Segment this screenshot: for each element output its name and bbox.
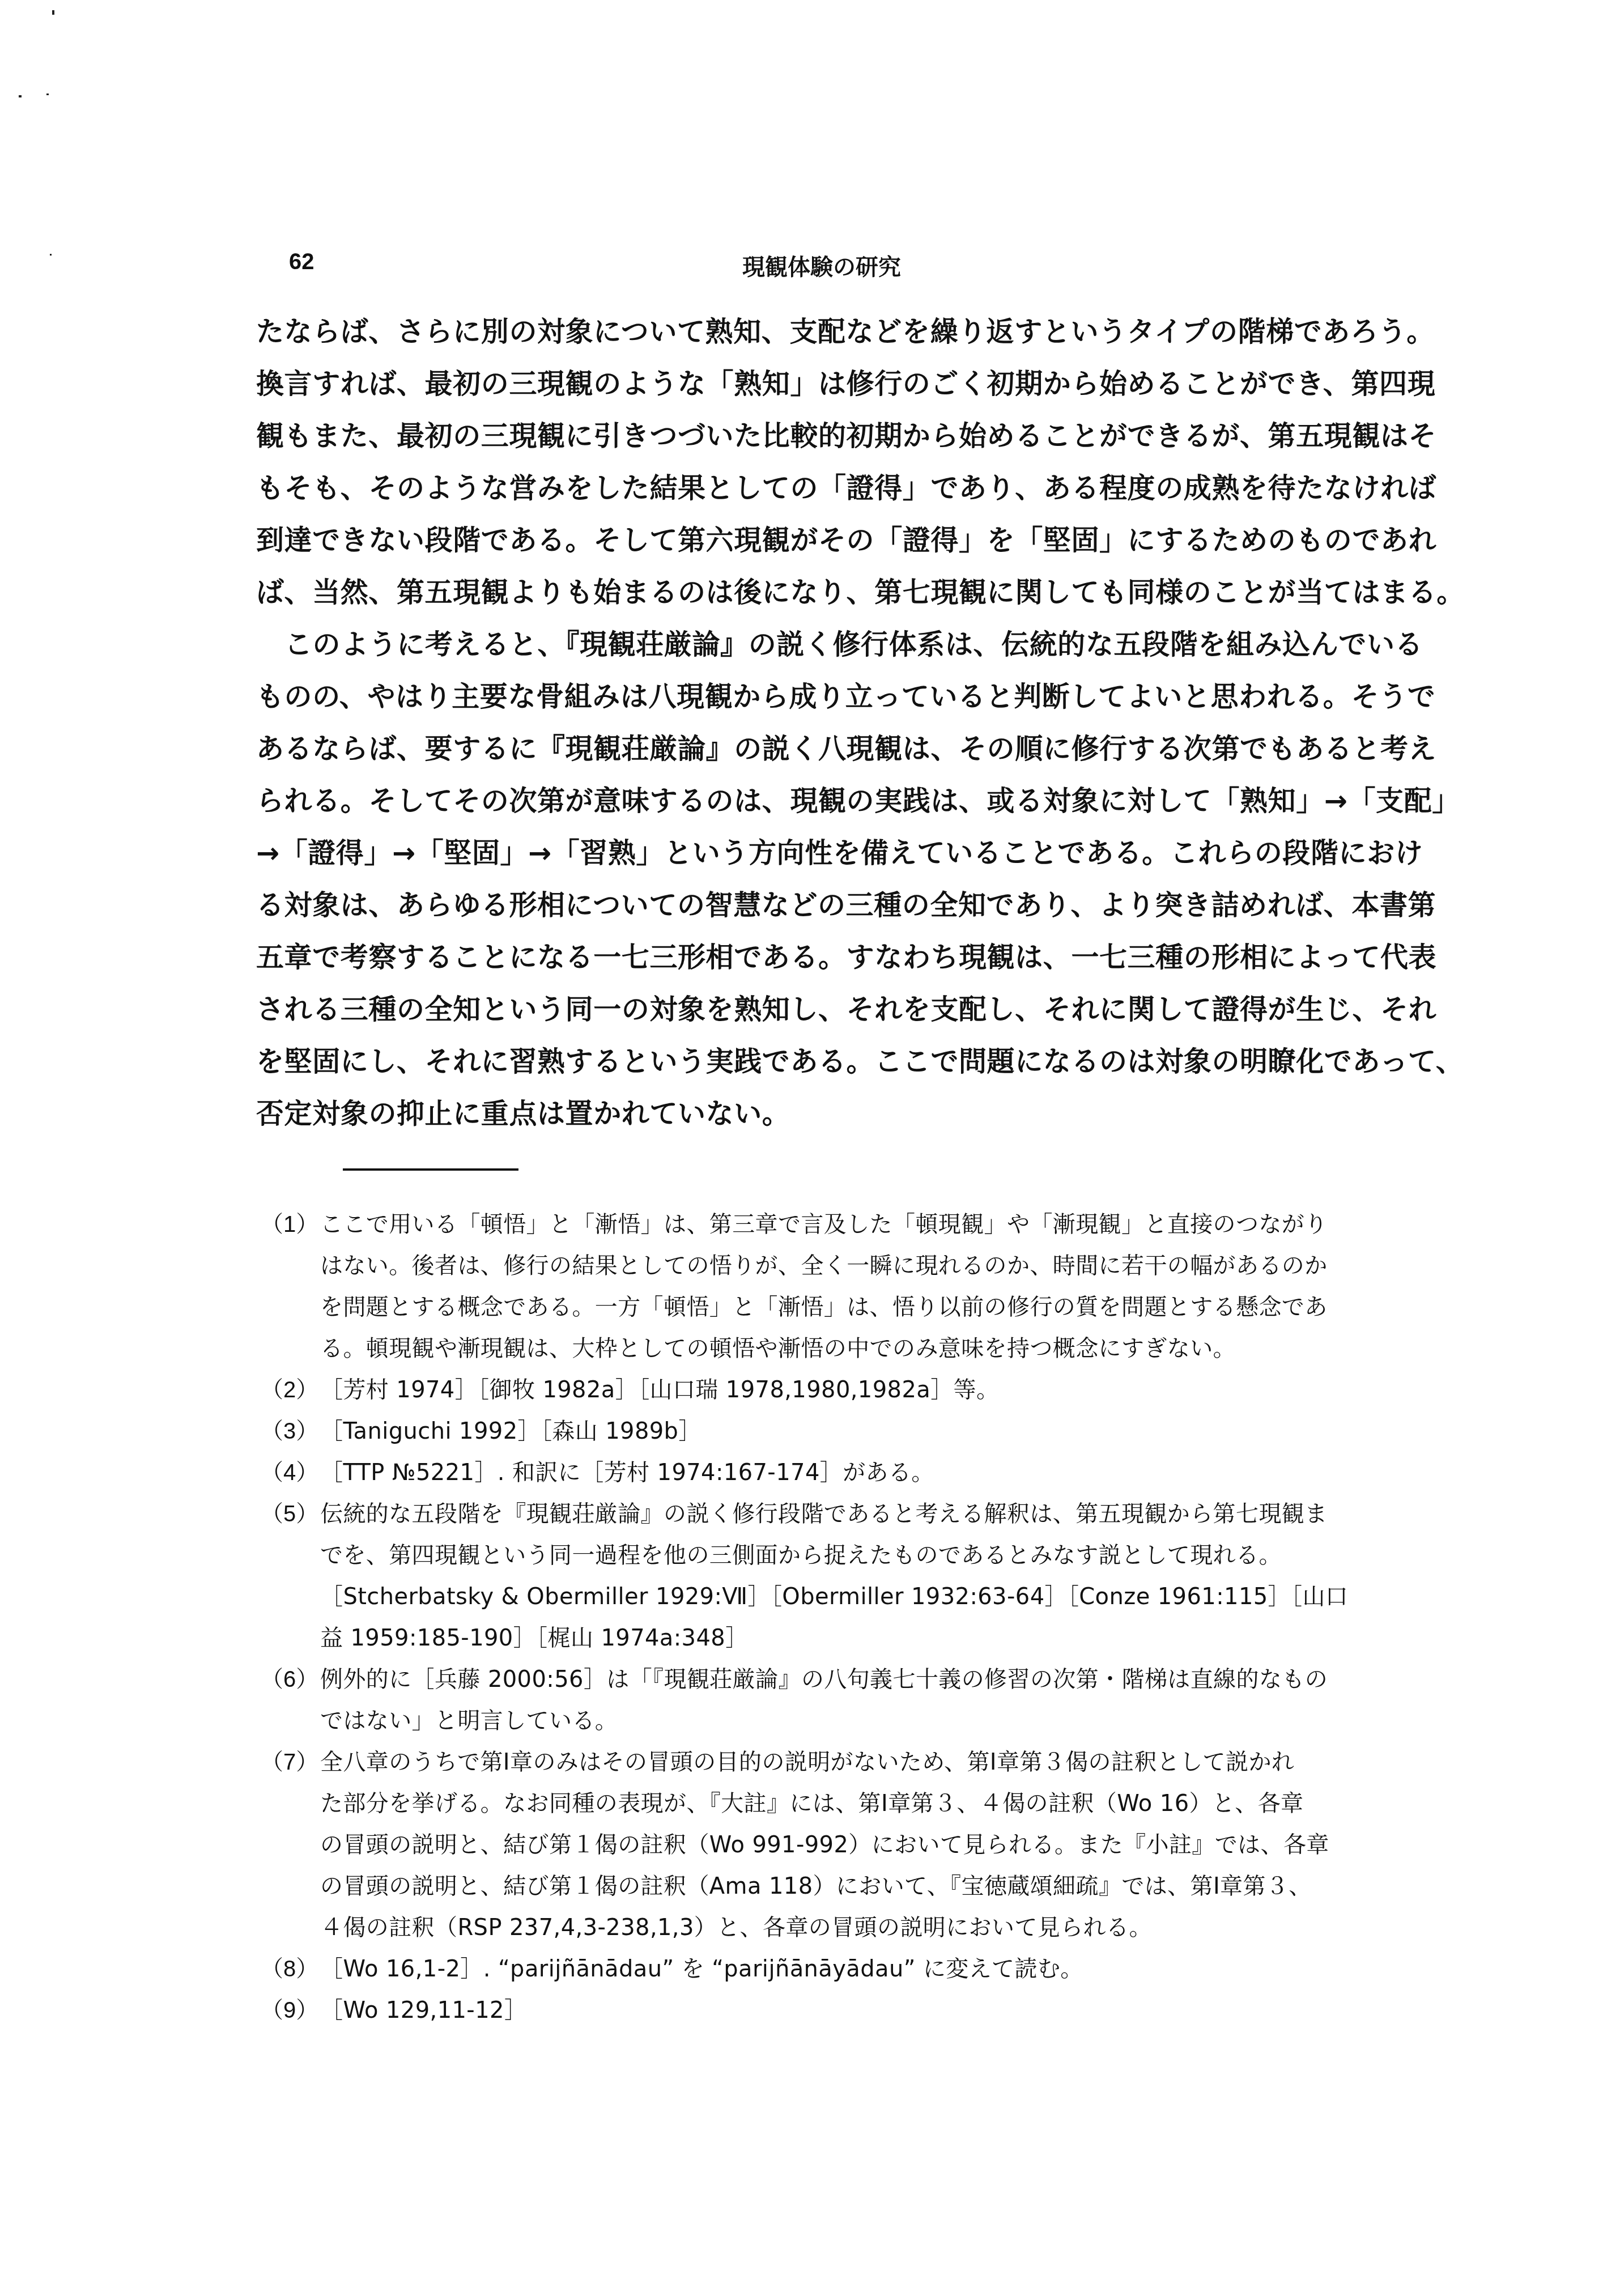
body-line: ものの、やはり主要な骨組みは八現観から成り立っていると判断してよいと思われる。そ… bbox=[256, 671, 1387, 723]
body-line: もそも、そのような営みをした結果としての「證得」であり、ある程度の成熟を待たなけ… bbox=[256, 462, 1387, 515]
body-line: 到達できない段階である。そして第六現観がその「證得」を「堅固」にするためのもので… bbox=[256, 515, 1387, 567]
body-line: →「證得」→「堅固」→「習熟」という方向性を備えていることである。これらの段階に… bbox=[256, 827, 1387, 879]
body-text: たならば、さらに別の対象について熟知、支配などを繰り返すというタイプの階梯であろ… bbox=[256, 306, 1387, 1140]
footnote-line: ここで用いる「頓悟」と「漸悟」は、第三章で言及した「頓現観」や「漸現観」と直接の… bbox=[320, 1204, 1394, 1245]
footnote-line: はない。後者は、修行の結果としての悟りが、全く一瞬に現れるのか、時間に若干の幅が… bbox=[320, 1245, 1394, 1287]
footnote-line: た部分を挙げる。なお同種の表現が、『大註』には、第Ⅰ章第３、４偈の註釈（Wo 1… bbox=[320, 1783, 1394, 1825]
running-title: 現観体験の研究 bbox=[258, 249, 1385, 282]
footnote-number: （9） bbox=[261, 1990, 320, 2031]
scan-speck bbox=[19, 95, 22, 97]
body-line: たならば、さらに別の対象について熟知、支配などを繰り返すというタイプの階梯であろ… bbox=[256, 306, 1387, 358]
scan-speck bbox=[46, 93, 49, 95]
body-line: を堅固にし、それに習熟するという実践である。ここで問題になるのは対象の明瞭化であ… bbox=[256, 1036, 1387, 1088]
footnote-9: （9） ［Wo 129,11-12］ bbox=[261, 1990, 1394, 2031]
footnote-number: （1） bbox=[261, 1204, 320, 1245]
footnote-line: を問題とする概念である。一方「頓悟」と「漸悟」は、悟り以前の修行の質を問題とする… bbox=[320, 1287, 1394, 1328]
footnote-line: 伝統的な五段階を『現観荘厳論』の説く修行段階であると考える解釈は、第五現観から第… bbox=[320, 1494, 1394, 1535]
footnote-line: ではない」と明言している。 bbox=[320, 1700, 1394, 1742]
footnote-number: （5） bbox=[261, 1494, 320, 1535]
footnote-line: でを、第四現観という同一過程を他の三側面から捉えたものであるとみなす説として現れ… bbox=[320, 1535, 1394, 1576]
footnote-line: ［Wo 129,11-12］ bbox=[320, 1990, 1394, 2031]
page-header: 62 現観体験の研究 bbox=[258, 249, 1385, 283]
footnote-line: ［Stcherbatsky & Obermiller 1929:Ⅶ］［Oberm… bbox=[320, 1576, 1394, 1618]
footnote-separator bbox=[343, 1168, 518, 1171]
footnote-3: （3） ［Taniguchi 1992］［森山 1989b］ bbox=[261, 1411, 1394, 1452]
body-line: る対象は、あらゆる形相についての智慧などの三種の全知であり、より突き詰めれば、本… bbox=[256, 879, 1387, 932]
body-line: 五章で考察することになる一七三形相である。すなわち現観は、一七三種の形相によって… bbox=[256, 932, 1387, 984]
footnote-line: ［Taniguchi 1992］［森山 1989b］ bbox=[320, 1411, 1394, 1452]
body-line: あるならば、要するに『現観荘厳論』の説く八現観は、その順に修行する次第でもあると… bbox=[256, 723, 1387, 775]
footnote-line: ［芳村 1974］［御牧 1982a］［山口瑞 1978,1980,1982a］… bbox=[320, 1370, 1394, 1411]
body-line: 観もまた、最初の三現観に引きつづいた比較的初期から始めることができるが、第五現観… bbox=[256, 410, 1387, 462]
paragraph-start-line: このように考えると、『現観荘厳論』の説く修行体系は、伝統的な五段階を組み込んでい… bbox=[256, 619, 1387, 671]
body-line: 否定対象の抑止に重点は置かれていない。 bbox=[256, 1088, 1387, 1140]
footnote-number: （7） bbox=[261, 1742, 320, 1783]
scan-speck bbox=[50, 254, 52, 256]
footnote-line: の冒頭の説明と、結び第１偈の註釈（Ama 118）において、『宝徳蔵頌細疏』では… bbox=[320, 1866, 1394, 1907]
body-line: 換言すれば、最初の三現観のような「熟知」は修行のごく初期から始めることができ、第… bbox=[256, 358, 1387, 410]
scan-speck bbox=[52, 10, 54, 15]
footnote-line: ４偈の註釈（RSP 237,4,3-238,1,3）と、各章の冒頭の説明において… bbox=[320, 1907, 1394, 1949]
body-line: される三種の全知という同一の対象を熟知し、それを支配し、それに関して證得が生じ、… bbox=[256, 984, 1387, 1036]
document-page: 62 現観体験の研究 たならば、さらに別の対象について熟知、支配などを繰り返すと… bbox=[0, 0, 1624, 2296]
footnote-1: （1） ここで用いる「頓悟」と「漸悟」は、第三章で言及した「頓現観」や「漸現観」… bbox=[261, 1204, 1394, 1370]
footnote-line: の冒頭の説明と、結び第１偈の註釈（Wo 991-992）において見られる。また『… bbox=[320, 1825, 1394, 1866]
footnote-8: （8） ［Wo 16,1-2］. “parijñānādau” を “parij… bbox=[261, 1949, 1394, 1990]
footnote-number: （6） bbox=[261, 1659, 320, 1700]
footnote-4: （4） ［TTP №5221］. 和訳に［芳村 1974:167-174］がある… bbox=[261, 1452, 1394, 1494]
footnote-5: （5） 伝統的な五段階を『現観荘厳論』の説く修行段階であると考える解釈は、第五現… bbox=[261, 1494, 1394, 1659]
footnote-number: （8） bbox=[261, 1949, 320, 1990]
footnote-line: 全八章のうちで第Ⅰ章のみはその冒頭の目的の説明がないため、第Ⅰ章第３偈の註釈とし… bbox=[320, 1742, 1394, 1783]
footnote-number: （2） bbox=[261, 1370, 320, 1411]
footnote-6: （6） 例外的に［兵藤 2000:56］は「『現観荘厳論』の八句義七十義の修習の… bbox=[261, 1659, 1394, 1742]
body-line: ば、当然、第五現観よりも始まるのは後になり、第七現観に関しても同様のことが当ては… bbox=[256, 567, 1387, 619]
body-line: られる。そしてその次第が意味するのは、現観の実践は、或る対象に対して「熟知」→「… bbox=[256, 775, 1387, 827]
footnote-7: （7） 全八章のうちで第Ⅰ章のみはその冒頭の目的の説明がないため、第Ⅰ章第３偈の… bbox=[261, 1742, 1394, 1949]
footnote-line: る。頓現観や漸現観は、大枠としての頓悟や漸悟の中でのみ意味を持つ概念にすぎない。 bbox=[320, 1328, 1394, 1370]
footnote-line: 益 1959:185-190］［梶山 1974a:348］ bbox=[320, 1618, 1394, 1659]
footnotes: （1） ここで用いる「頓悟」と「漸悟」は、第三章で言及した「頓現観」や「漸現観」… bbox=[261, 1204, 1394, 2031]
footnote-line: 例外的に［兵藤 2000:56］は「『現観荘厳論』の八句義七十義の修習の次第・階… bbox=[320, 1659, 1394, 1700]
footnote-number: （4） bbox=[261, 1452, 320, 1494]
footnote-line: ［Wo 16,1-2］. “parijñānādau” を “parijñānā… bbox=[320, 1949, 1394, 1990]
footnote-line: ［TTP №5221］. 和訳に［芳村 1974:167-174］がある。 bbox=[320, 1452, 1394, 1494]
footnote-number: （3） bbox=[261, 1411, 320, 1452]
footnote-2: （2） ［芳村 1974］［御牧 1982a］［山口瑞 1978,1980,19… bbox=[261, 1370, 1394, 1411]
